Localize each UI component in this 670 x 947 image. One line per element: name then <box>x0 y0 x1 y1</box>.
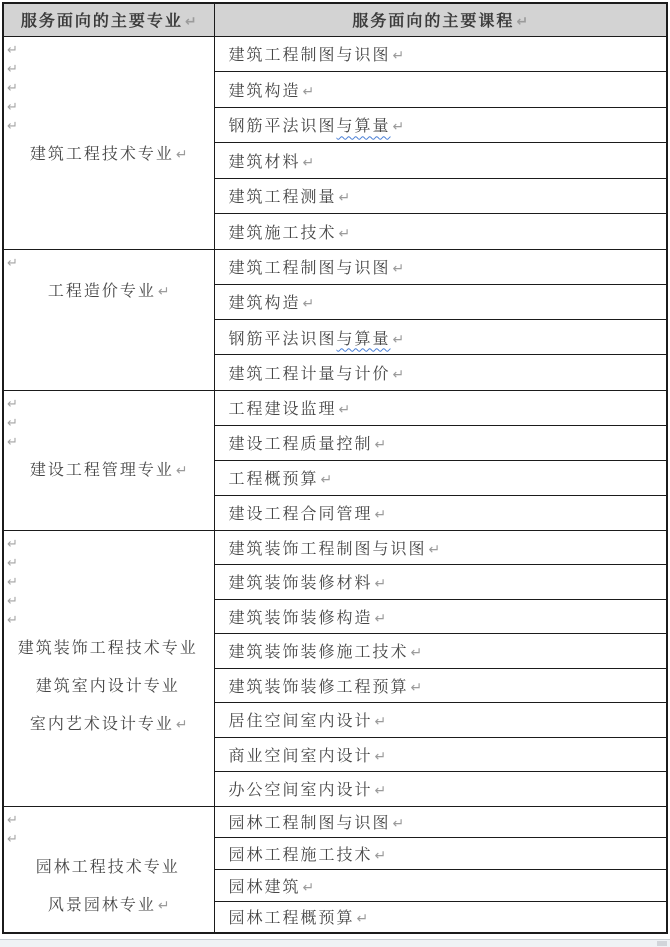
major-label: 建筑装饰工程技术专业 <box>18 640 198 657</box>
course-cell: 工程建设监理↵ <box>214 390 667 425</box>
line-break-mark: ↵ <box>4 117 214 136</box>
course-cell: 园林建筑↵ <box>214 870 667 902</box>
line-break-mark: ↵ <box>185 14 197 30</box>
line-break-mark: ↵ <box>4 41 214 60</box>
course-cell: 园林工程施工技术↵ <box>214 838 667 870</box>
curriculum-table: 服务面向的主要专业↵ 服务面向的主要课程↵ ↵↵↵↵↵ 建筑工程技术专业↵ 建筑… <box>2 2 668 934</box>
course-cell: 建筑构造↵ <box>214 284 667 319</box>
line-break-mark: ↵ <box>4 830 214 849</box>
line-break-mark: ↵ <box>393 816 405 832</box>
empty-paragraph-marks: ↵↵↵↵↵ <box>4 535 214 630</box>
course-cell: 建设工程质量控制↵ <box>214 425 667 460</box>
course-cell: 园林工程制图与识图↵ <box>214 806 667 838</box>
line-break-mark: ↵ <box>375 507 387 523</box>
table-header-row: 服务面向的主要专业↵ 服务面向的主要课程↵ <box>3 3 667 36</box>
line-break-mark: ↵ <box>176 717 188 733</box>
line-break-mark: ↵ <box>393 367 405 383</box>
course-name: 建筑装饰装修构造 <box>229 610 373 627</box>
course-name: 建筑工程制图与识图 <box>229 260 391 277</box>
major-cell-construction-management: ↵↵↵ 建设工程管理专业↵ <box>3 390 214 530</box>
course-cell: 建筑工程制图与识图↵ <box>214 249 667 284</box>
table-row: ↵↵↵↵↵ 建筑工程技术专业↵ 建筑工程制图与识图↵ <box>3 36 667 72</box>
line-break-mark: ↵ <box>375 576 387 592</box>
course-cell: 建筑施工技术↵ <box>214 214 667 250</box>
course-cell: 建筑工程制图与识图↵ <box>214 36 667 72</box>
course-name: 钢筋平法识图 <box>229 118 337 135</box>
course-cell: 建筑装饰工程制图与识图↵ <box>214 530 667 565</box>
major-name: 工程造价专业↵ <box>4 273 214 311</box>
line-break-mark: ↵ <box>4 414 214 433</box>
line-break-mark: ↵ <box>303 155 315 171</box>
line-break-mark: ↵ <box>4 60 214 79</box>
line-break-mark: ↵ <box>4 79 214 98</box>
line-break-mark: ↵ <box>339 226 351 242</box>
course-cell: 办公空间室内设计↵ <box>214 772 667 807</box>
course-name: 建筑工程计量与计价 <box>229 366 391 383</box>
line-break-mark: ↵ <box>375 714 387 730</box>
course-name: 居住空间室内设计 <box>229 713 373 730</box>
course-cell: 建筑材料↵ <box>214 143 667 179</box>
major-label: 建筑工程技术专业 <box>30 146 174 163</box>
line-break-mark: ↵ <box>4 254 214 273</box>
major-name: 园林工程技术专业 <box>4 849 214 887</box>
document-page: 服务面向的主要专业↵ 服务面向的主要课程↵ ↵↵↵↵↵ 建筑工程技术专业↵ 建筑… <box>0 0 670 947</box>
course-cell: 园林工程概预算↵ <box>214 901 667 933</box>
course-cell: 建筑构造↵ <box>214 72 667 108</box>
empty-paragraph-marks: ↵ <box>4 254 214 273</box>
course-name: 园林工程施工技术 <box>229 847 373 864</box>
course-name: 办公空间室内设计 <box>229 782 373 799</box>
major-label: 园林工程技术专业 <box>36 859 180 876</box>
line-break-mark: ↵ <box>393 48 405 64</box>
course-name-grammar-flagged: 与算量 <box>337 118 391 135</box>
line-break-mark: ↵ <box>4 395 214 414</box>
line-break-mark: ↵ <box>303 880 315 896</box>
course-name: 建筑工程制图与识图 <box>229 47 391 64</box>
major-label: 建设工程管理专业 <box>30 462 174 479</box>
major-name: 风景园林专业↵ <box>4 887 214 925</box>
course-name: 建筑材料 <box>229 154 301 171</box>
major-name: 建设工程管理专业↵ <box>4 452 214 490</box>
course-name: 工程概预算 <box>229 471 319 488</box>
major-cell-architectural-decoration-and-interior-design: ↵↵↵↵↵ 建筑装饰工程技术专业 建筑室内设计专业 室内艺术设计专业↵ <box>3 530 214 806</box>
course-name: 工程建设监理 <box>229 401 337 418</box>
course-cell: 建筑工程计量与计价↵ <box>214 355 667 390</box>
line-break-mark: ↵ <box>411 645 423 661</box>
table-row: ↵↵↵↵↵ 建筑装饰工程技术专业 建筑室内设计专业 室内艺术设计专业↵ 建筑装饰… <box>3 530 667 565</box>
major-label: 室内艺术设计专业 <box>30 716 174 733</box>
major-cell-engineering-cost: ↵ 工程造价专业↵ <box>3 249 214 390</box>
major-label: 风景园林专业 <box>48 897 156 914</box>
line-break-mark: ↵ <box>303 296 315 312</box>
line-break-mark: ↵ <box>375 783 387 799</box>
line-break-mark: ↵ <box>411 680 423 696</box>
major-label: 建筑室内设计专业 <box>36 678 180 695</box>
line-break-mark: ↵ <box>357 911 369 927</box>
course-name: 建设工程质量控制 <box>229 436 373 453</box>
line-break-mark: ↵ <box>158 284 170 300</box>
major-name: 建筑装饰工程技术专业 <box>4 630 214 668</box>
line-break-mark: ↵ <box>339 402 351 418</box>
table-header-courses: 服务面向的主要课程↵ <box>214 3 667 36</box>
course-name: 建筑装饰装修材料 <box>229 575 373 592</box>
major-name: 建筑工程技术专业↵ <box>4 136 214 174</box>
course-name: 建筑装饰装修施工技术 <box>229 644 409 661</box>
course-cell: 建筑装饰装修构造↵ <box>214 599 667 634</box>
course-cell: 建筑工程测量↵ <box>214 178 667 214</box>
line-break-mark: ↵ <box>303 84 315 100</box>
line-break-mark: ↵ <box>429 542 441 558</box>
table-row: ↵↵ 园林工程技术专业 风景园林专业↵ 园林工程制图与识图↵ <box>3 806 667 838</box>
course-name: 建筑装饰工程制图与识图 <box>229 541 427 558</box>
course-cell: 建筑装饰装修材料↵ <box>214 565 667 600</box>
course-cell: 钢筋平法识图与算量↵ <box>214 320 667 355</box>
course-name: 建筑构造 <box>229 295 301 312</box>
course-name: 建筑施工技术 <box>229 225 337 242</box>
course-cell: 钢筋平法识图与算量↵ <box>214 107 667 143</box>
empty-paragraph-marks: ↵↵ <box>4 811 214 849</box>
line-break-mark: ↵ <box>339 190 351 206</box>
scrollbar-corner <box>657 941 667 946</box>
major-cell-construction-engineering-technology: ↵↵↵↵↵ 建筑工程技术专业↵ <box>3 36 214 249</box>
major-cell-landscape-engineering: ↵↵ 园林工程技术专业 风景园林专业↵ <box>3 806 214 933</box>
course-cell: 工程概预算↵ <box>214 460 667 495</box>
line-break-mark: ↵ <box>393 119 405 135</box>
line-break-mark: ↵ <box>4 554 214 573</box>
header-label: 服务面向的主要专业 <box>21 13 183 30</box>
line-break-mark: ↵ <box>393 261 405 277</box>
course-name: 建筑构造 <box>229 83 301 100</box>
line-break-mark: ↵ <box>4 611 214 630</box>
table-row: ↵ 工程造价专业↵ 建筑工程制图与识图↵ <box>3 249 667 284</box>
course-cell: 建筑装饰装修工程预算↵ <box>214 668 667 703</box>
window-bottom-strip <box>0 939 670 947</box>
major-name: 建筑室内设计专业 <box>4 668 214 706</box>
line-break-mark: ↵ <box>176 463 188 479</box>
course-name: 园林建筑 <box>229 879 301 896</box>
table-row: ↵↵↵ 建设工程管理专业↵ 工程建设监理↵ <box>3 390 667 425</box>
course-name: 钢筋平法识图 <box>229 331 337 348</box>
major-label: 工程造价专业 <box>48 283 156 300</box>
header-label: 服务面向的主要课程 <box>352 13 514 30</box>
major-name: 室内艺术设计专业↵ <box>4 706 214 744</box>
course-cell: 建设工程合同管理↵ <box>214 495 667 530</box>
course-cell: 居住空间室内设计↵ <box>214 703 667 738</box>
line-break-mark: ↵ <box>4 535 214 554</box>
table-header-majors: 服务面向的主要专业↵ <box>3 3 214 36</box>
line-break-mark: ↵ <box>4 433 214 452</box>
empty-paragraph-marks: ↵↵↵↵↵ <box>4 41 214 136</box>
line-break-mark: ↵ <box>516 14 528 30</box>
course-cell: 建筑装饰装修施工技术↵ <box>214 634 667 669</box>
line-break-mark: ↵ <box>176 147 188 163</box>
line-break-mark: ↵ <box>375 611 387 627</box>
line-break-mark: ↵ <box>4 573 214 592</box>
course-name: 建设工程合同管理 <box>229 506 373 523</box>
line-break-mark: ↵ <box>321 472 333 488</box>
empty-paragraph-marks: ↵↵↵ <box>4 395 214 452</box>
line-break-mark: ↵ <box>375 749 387 765</box>
line-break-mark: ↵ <box>375 848 387 864</box>
course-name: 商业空间室内设计 <box>229 748 373 765</box>
course-name-grammar-flagged: 与算量 <box>337 331 391 348</box>
course-cell: 商业空间室内设计↵ <box>214 737 667 772</box>
course-name: 园林工程概预算 <box>229 910 355 927</box>
line-break-mark: ↵ <box>393 332 405 348</box>
line-break-mark: ↵ <box>4 592 214 611</box>
course-name: 园林工程制图与识图 <box>229 815 391 832</box>
course-name: 建筑工程测量 <box>229 189 337 206</box>
line-break-mark: ↵ <box>4 98 214 117</box>
line-break-mark: ↵ <box>375 437 387 453</box>
line-break-mark: ↵ <box>4 811 214 830</box>
line-break-mark: ↵ <box>158 898 170 914</box>
course-name: 建筑装饰装修工程预算 <box>229 679 409 696</box>
